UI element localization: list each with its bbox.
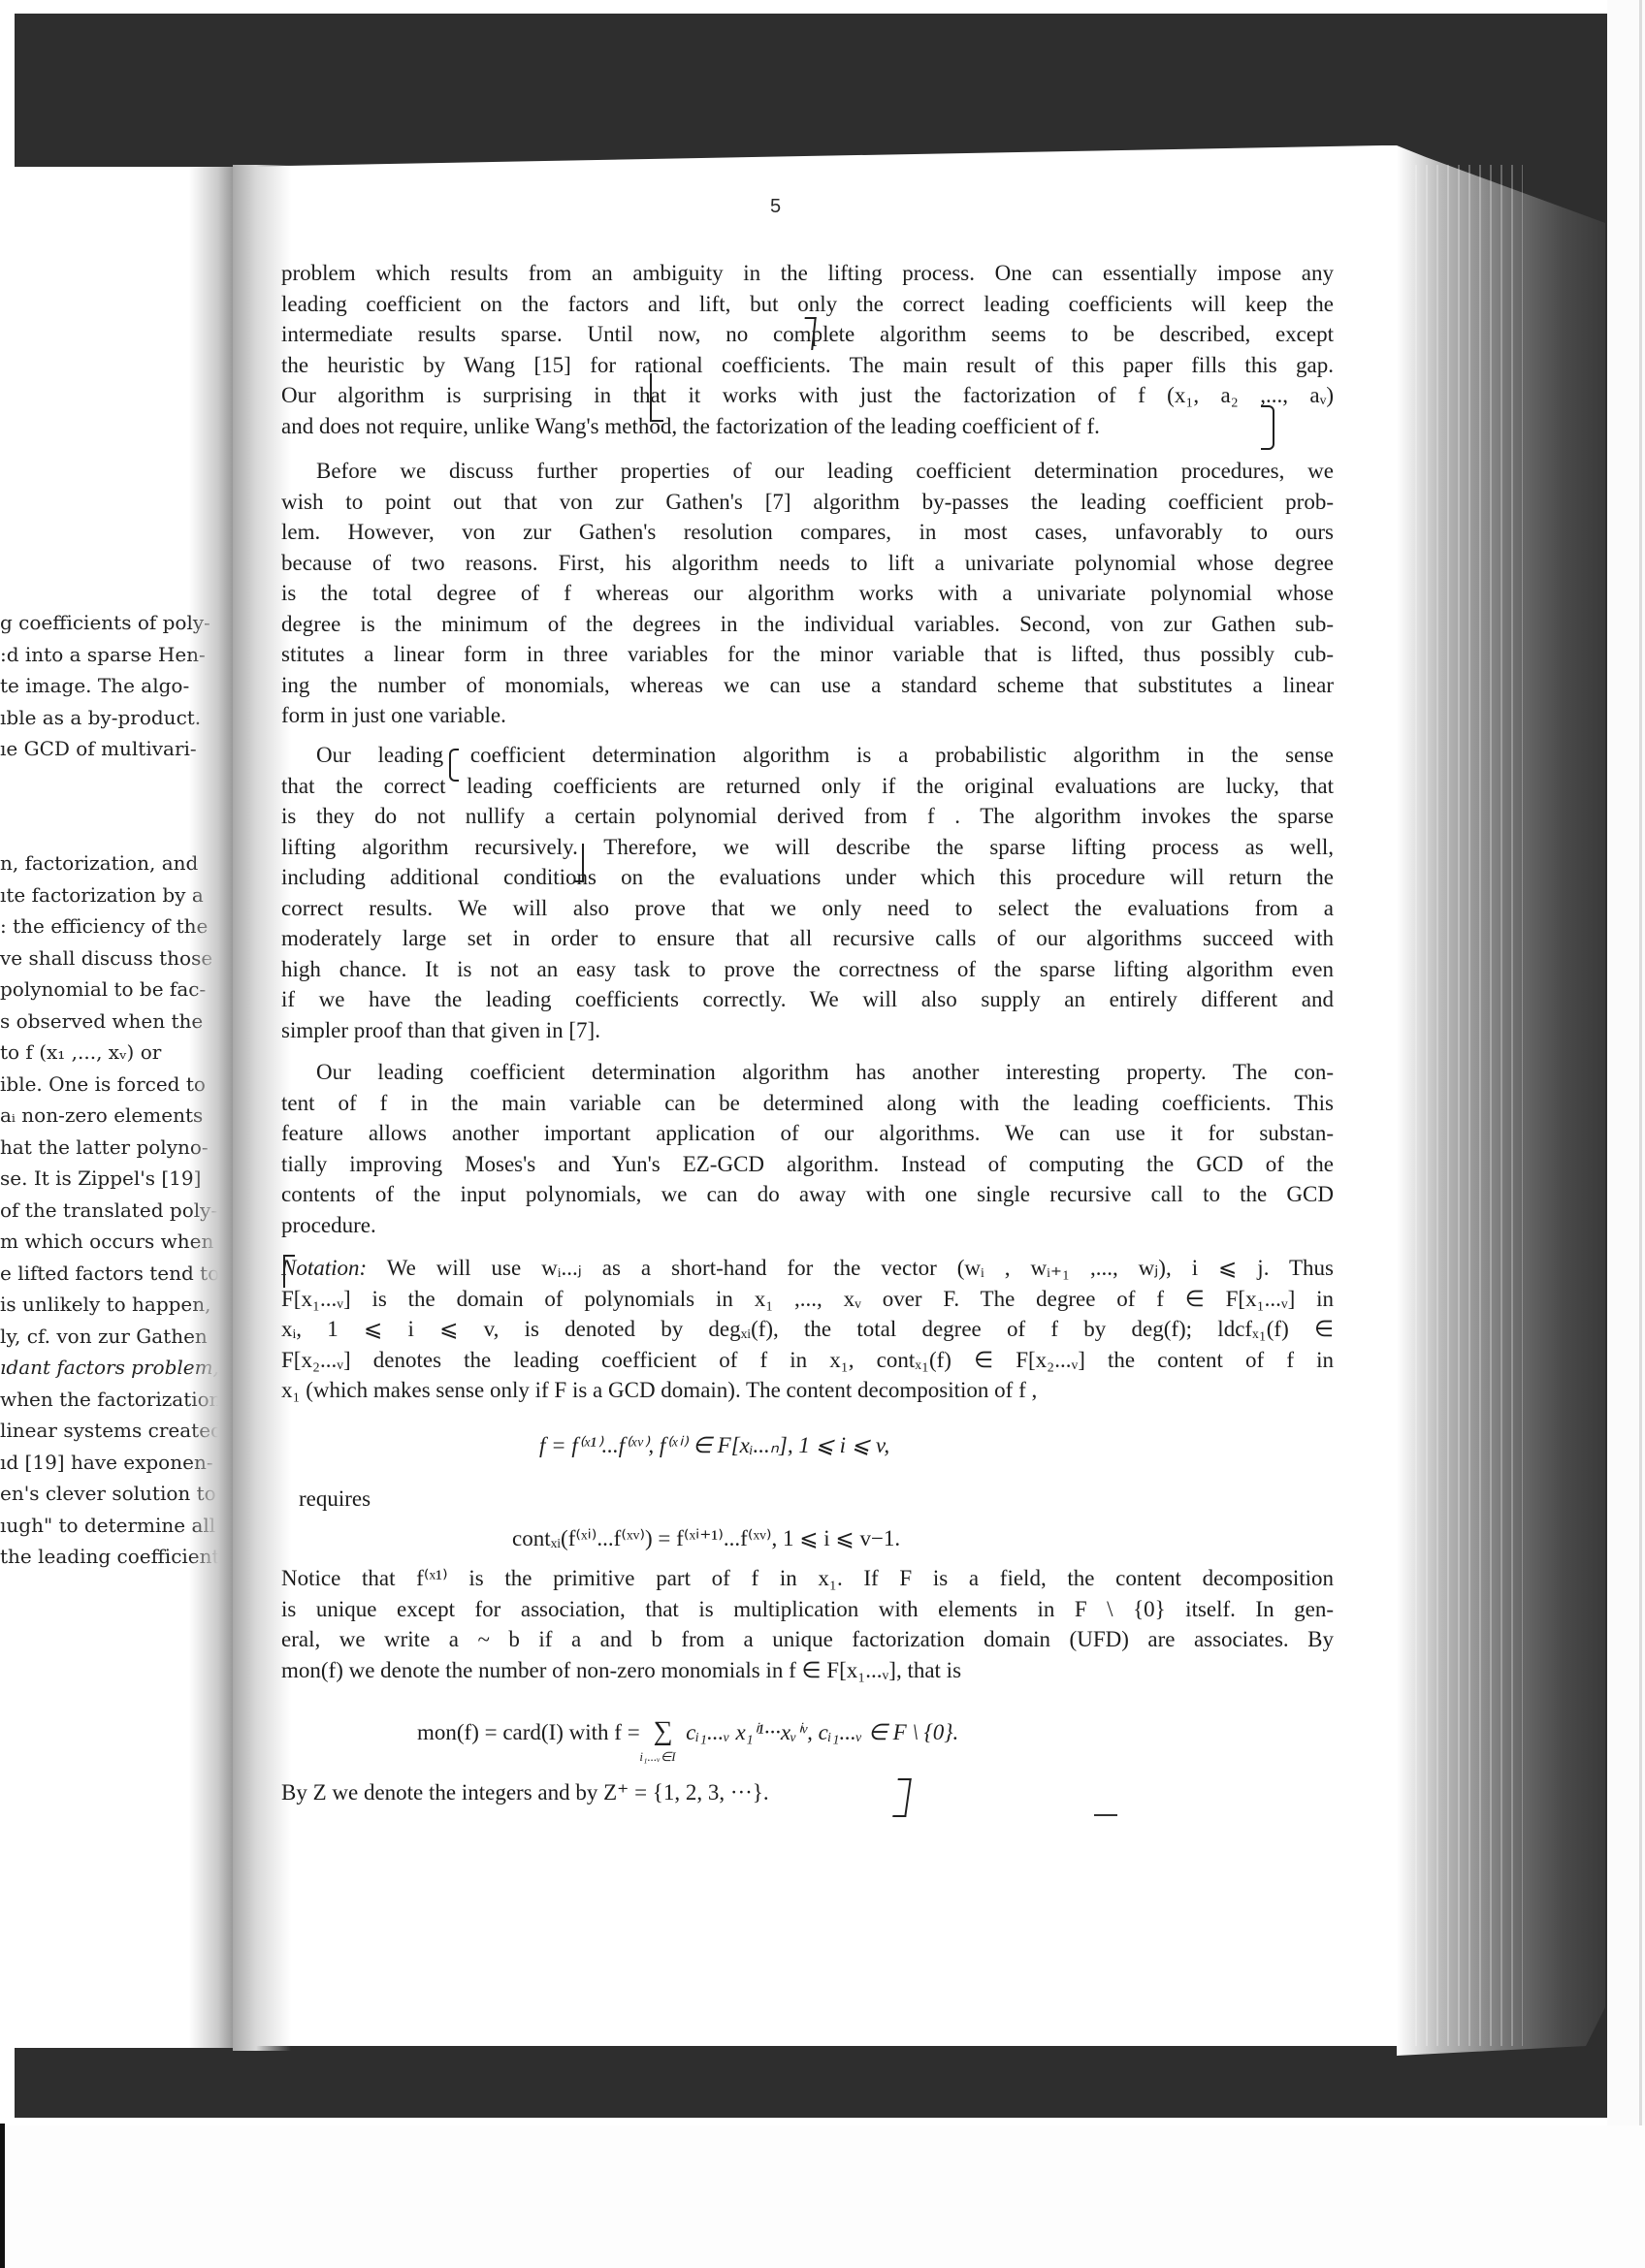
text-line: x₁ (which makes sense only if F is a GCD… [281, 1375, 1334, 1406]
text-line: is the total degree of f whereas our alg… [281, 578, 1334, 609]
paragraph-1: problem which results from an ambiguity … [281, 258, 1334, 441]
text-line: simpler proof than that given in [7]. [281, 1015, 1334, 1046]
text-line: eral, we write a ~ b if a and b from a u… [281, 1624, 1334, 1655]
scan-bottom-left-edge [0, 2124, 5, 2268]
equation-content-condition: contₓᵢ(f⁽ˣⁱ⁾...f⁽ˣᵛ⁾) = f⁽ˣⁱ⁺¹⁾...f⁽ˣᵛ⁾,… [512, 1526, 900, 1551]
text-line: stitutes a linear form in three variable… [281, 639, 1334, 670]
text-line: xᵢ, 1 ⩽ i ⩽ v, is denoted by degₓᵢ(f), t… [281, 1314, 1334, 1345]
text-line: procedure. [281, 1210, 1334, 1241]
text-line: leading coefficient on the factors and l… [281, 289, 1334, 320]
margin-dash-mark [1094, 1814, 1117, 1816]
text-line: wish to point out that von zur Gathen's … [281, 487, 1334, 518]
text-line: mon(f) we denote the number of non-zero … [281, 1655, 1334, 1686]
text-line: ing the number of monomials, whereas we … [281, 670, 1334, 701]
page-stack-lines [1406, 165, 1523, 2046]
text-line: lifting algorithm recursively. Therefore… [281, 832, 1334, 863]
text-line: Notice that f⁽ˣ¹⁾ is the primitive part … [281, 1563, 1334, 1594]
text-line: correct results. We will also prove that… [281, 893, 1334, 924]
final-line: By Z we denote the integers and by Z⁺ = … [281, 1777, 1334, 1808]
text-line: high chance. It is not an easy task to p… [281, 954, 1334, 985]
requires-label: requires [299, 1486, 371, 1512]
scan-right-edge-line [1639, 0, 1642, 2125]
text-line: F[x₁...ᵥ] is the domain of polynomials i… [281, 1284, 1334, 1315]
text-line: is unique except for association, that i… [281, 1594, 1334, 1625]
paragraph-3: Our leading coefficient determination al… [281, 740, 1334, 1045]
text-line: because of two reasons. First, his algor… [281, 548, 1334, 579]
equation-content-decomposition: f = f⁽ˣ¹⁾...f⁽ˣᵛ⁾, f⁽ˣⁱ⁾ ∈ F[xᵢ...ₙ], 1 … [539, 1433, 889, 1458]
page-number: 5 [770, 196, 781, 218]
text-line: lem. However, von zur Gathen's resolutio… [281, 517, 1334, 548]
eq-lhs: mon(f) = card(I) with f = [417, 1720, 645, 1744]
text-line: Notation: We will use wᵢ...ⱼ as a short-… [281, 1253, 1334, 1284]
eq-rhs: cᵢ₁...ᵥ x₁ⁱ¹···xᵥⁱᵛ, cᵢ₁...ᵥ ∈ F \ {0}. [686, 1720, 958, 1744]
paragraph-2: Before we discuss further properties of … [281, 456, 1334, 731]
sum-index: i₁...ᵥ∈I [639, 1749, 675, 1765]
scan-bottom-margin [0, 2125, 1645, 2268]
text-line: that the correct leading coefficients ar… [281, 771, 1334, 802]
text-line: including additional conditions on the e… [281, 862, 1334, 893]
notation-paragraph: Notation: We will use wᵢ...ⱼ as a short-… [281, 1253, 1334, 1406]
text-line: tially improving Moses's and Yun's EZ-GC… [281, 1149, 1334, 1180]
text-line: degree is the minimum of the degrees in … [281, 609, 1334, 640]
text-line: feature allows another important applica… [281, 1118, 1334, 1149]
text-line: tent of f in the main variable can be de… [281, 1088, 1334, 1119]
text-line: Our algorithm is surprising in that it w… [281, 380, 1334, 411]
text-line: is they do not nullify a certain polynom… [281, 801, 1334, 832]
text-line: moderately large set in order to ensure … [281, 923, 1334, 954]
paragraph-4: Our leading coefficient determination al… [281, 1057, 1334, 1240]
sum-symbol-wrap: ∑ i₁...ᵥ∈I [645, 1716, 680, 1747]
text-line: Our leading coefficient determination al… [281, 1057, 1334, 1088]
text-line: F[x₂...ᵥ] denotes the leading coefficien… [281, 1345, 1334, 1376]
left-page-gutter-shadow [189, 167, 238, 2048]
text-line: if we have the leading coefficients corr… [281, 984, 1334, 1015]
text-line: and does not require, unlike Wang's meth… [281, 411, 1334, 442]
text-line: By Z we denote the integers and by Z⁺ = … [281, 1777, 1334, 1808]
text-line: Before we discuss further properties of … [281, 456, 1334, 487]
equation-monomial-count: mon(f) = card(I) with f = ∑ i₁...ᵥ∈I cᵢ₁… [417, 1716, 958, 1747]
text-line: form in just one variable. [281, 700, 1334, 731]
text-line: problem which results from an ambiguity … [281, 258, 1334, 289]
text-line-content: We will use wᵢ...ⱼ as a short-hand for t… [387, 1256, 1334, 1280]
text-line: Our leading coefficient determination al… [281, 740, 1334, 771]
notation-label: Notation: [281, 1256, 367, 1280]
text-line: intermediate results sparse. Until now, … [281, 319, 1334, 350]
sum-symbol: ∑ [653, 1716, 672, 1746]
text-line: contents of the input polynomials, we ca… [281, 1179, 1334, 1210]
notice-paragraph: Notice that f⁽ˣ¹⁾ is the primitive part … [281, 1563, 1334, 1685]
text-line: the heuristic by Wang [15] for rational … [281, 350, 1334, 381]
